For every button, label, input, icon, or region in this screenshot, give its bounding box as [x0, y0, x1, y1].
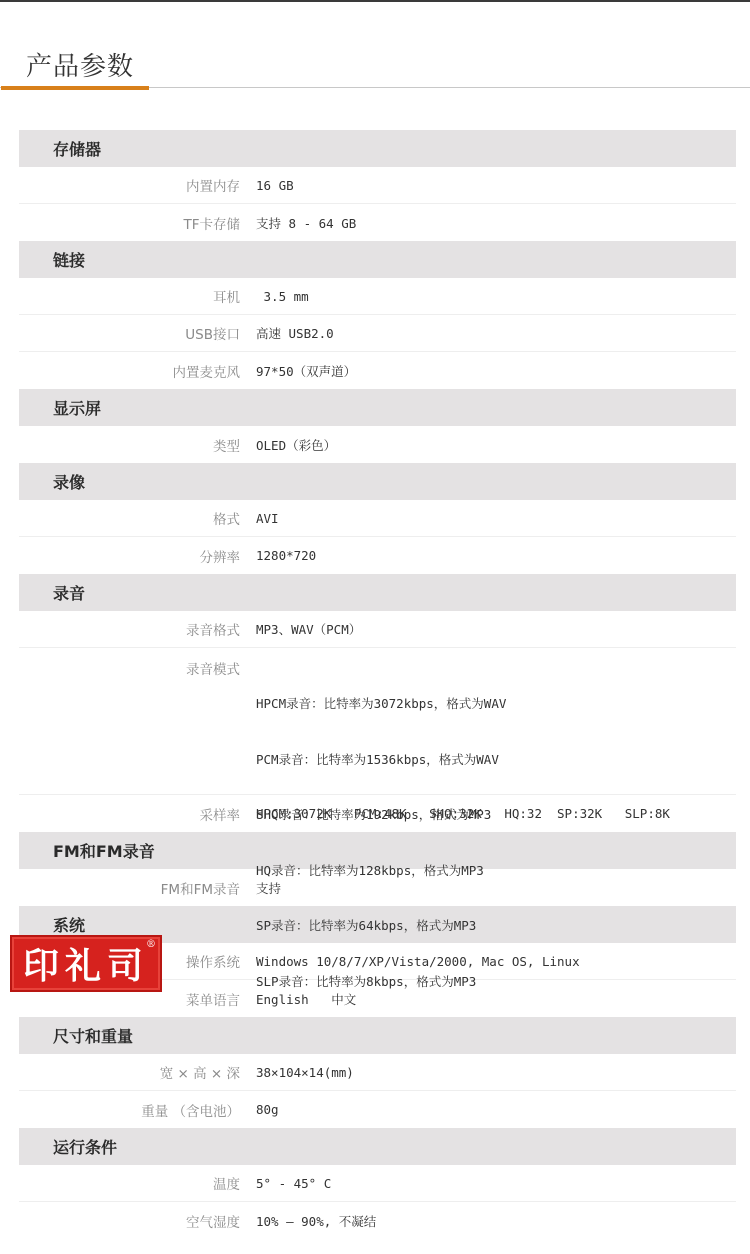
- spec-value: 支持: [240, 879, 281, 897]
- spec-value: English 中文: [240, 990, 356, 1008]
- spec-row: USB接口 高速 USB2.0: [19, 315, 736, 352]
- recording-mode-line: PCM录音：比特率为1536kbps，格式为WAV: [256, 751, 506, 770]
- recording-mode-line: HPCM录音：比特率为3072kbps，格式为WAV: [256, 695, 506, 714]
- section-header-connectivity: 链接: [19, 241, 736, 278]
- spec-label: 采样率: [19, 804, 240, 824]
- spec-row: 分辨率 1280*720: [19, 537, 736, 574]
- spec-value: 支持 8 - 64 GB: [240, 214, 356, 232]
- spec-label: 宽 × 高 × 深: [19, 1062, 240, 1082]
- recording-mode-line: SP录音：比特率为64kbps，格式为MP3: [256, 917, 506, 936]
- spec-row: 内置内存 16 GB: [19, 167, 736, 204]
- section-header-audio-recording: 录音: [19, 574, 736, 611]
- spec-label: 重量 （含电池）: [19, 1100, 240, 1120]
- spec-label: 格式: [19, 508, 240, 528]
- spec-value: HPCM:3072K PCM:48K SHQ:32K HQ:32 SP:32K …: [240, 806, 670, 821]
- spec-label: USB接口: [19, 323, 240, 343]
- top-border: [0, 0, 750, 2]
- spec-value: 16 GB: [240, 178, 294, 193]
- watermark-text: 印礼司: [23, 938, 149, 989]
- spec-label: 类型: [19, 435, 240, 455]
- spec-row: TF卡存储 支持 8 - 64 GB: [19, 204, 736, 241]
- spec-label: 录音模式: [19, 658, 240, 678]
- page-header: 产品参数: [0, 40, 750, 92]
- section-header-video: 录像: [19, 463, 736, 500]
- spec-value: 80g: [240, 1102, 279, 1117]
- section-header-display: 显示屏: [19, 389, 736, 426]
- spec-label: 内置麦克风: [19, 361, 240, 381]
- spec-label: 分辨率: [19, 546, 240, 566]
- spec-value: MP3、WAV（PCM）: [240, 620, 361, 638]
- spec-row: 格式 AVI: [19, 500, 736, 537]
- page-title: 产品参数: [26, 46, 134, 83]
- spec-value: OLED（彩色）: [240, 436, 336, 454]
- spec-value: 5° - 45° C: [240, 1176, 331, 1191]
- spec-label: 温度: [19, 1173, 240, 1193]
- watermark-logo: 印礼司 ®: [10, 935, 162, 992]
- spec-row: 内置麦克风 97*50（双声道）: [19, 352, 736, 389]
- registered-trademark-icon: ®: [146, 939, 156, 950]
- spec-value: 高速 USB2.0: [240, 324, 334, 342]
- spec-label: 耳机: [19, 286, 240, 306]
- spec-label: 空气湿度: [19, 1211, 240, 1231]
- spec-value: 1280*720: [240, 548, 316, 563]
- recording-mode-line: SLP录音：比特率为8kbps，格式为MP3: [256, 973, 506, 992]
- spec-row-recording-modes: 录音模式 HPCM录音：比特率为3072kbps，格式为WAV PCM录音：比特…: [19, 648, 736, 795]
- section-header-operating-conditions: 运行条件: [19, 1128, 736, 1165]
- section-header-storage: 存储器: [19, 130, 736, 167]
- spec-row: 空气湿度 10% — 90%, 不凝结: [19, 1202, 736, 1239]
- spec-row: 录音格式 MP3、WAV（PCM）: [19, 611, 736, 648]
- spec-table: 存储器 内置内存 16 GB TF卡存储 支持 8 - 64 GB 链接 耳机 …: [19, 130, 736, 1239]
- spec-row: 类型 OLED（彩色）: [19, 426, 736, 463]
- title-accent-bar: [1, 86, 149, 90]
- spec-row: 重量 （含电池） 80g: [19, 1091, 736, 1128]
- spec-row: 耳机 3.5 mm: [19, 278, 736, 315]
- spec-label: FM和FM录音: [19, 878, 240, 898]
- spec-row: 宽 × 高 × 深 38×104×14(mm): [19, 1054, 736, 1091]
- spec-label: 录音格式: [19, 619, 240, 639]
- spec-label: 内置内存: [19, 175, 240, 195]
- spec-value: 97*50（双声道）: [240, 362, 356, 380]
- spec-row: 温度 5° - 45° C: [19, 1165, 736, 1202]
- spec-label: TF卡存储: [19, 213, 240, 233]
- recording-mode-line: HQ录音：比特率为128kbps，格式为MP3: [256, 862, 506, 881]
- spec-value: AVI: [240, 511, 279, 526]
- spec-value: Windows 10/8/7/XP/Vista/2000, Mac OS, Li…: [240, 954, 580, 969]
- spec-value: 38×104×14(mm): [240, 1065, 354, 1080]
- spec-value-list: HPCM录音：比特率为3072kbps，格式为WAV PCM录音：比特率为153…: [240, 658, 506, 1028]
- spec-value: 10% — 90%, 不凝结: [240, 1212, 376, 1230]
- spec-value: 3.5 mm: [240, 289, 309, 304]
